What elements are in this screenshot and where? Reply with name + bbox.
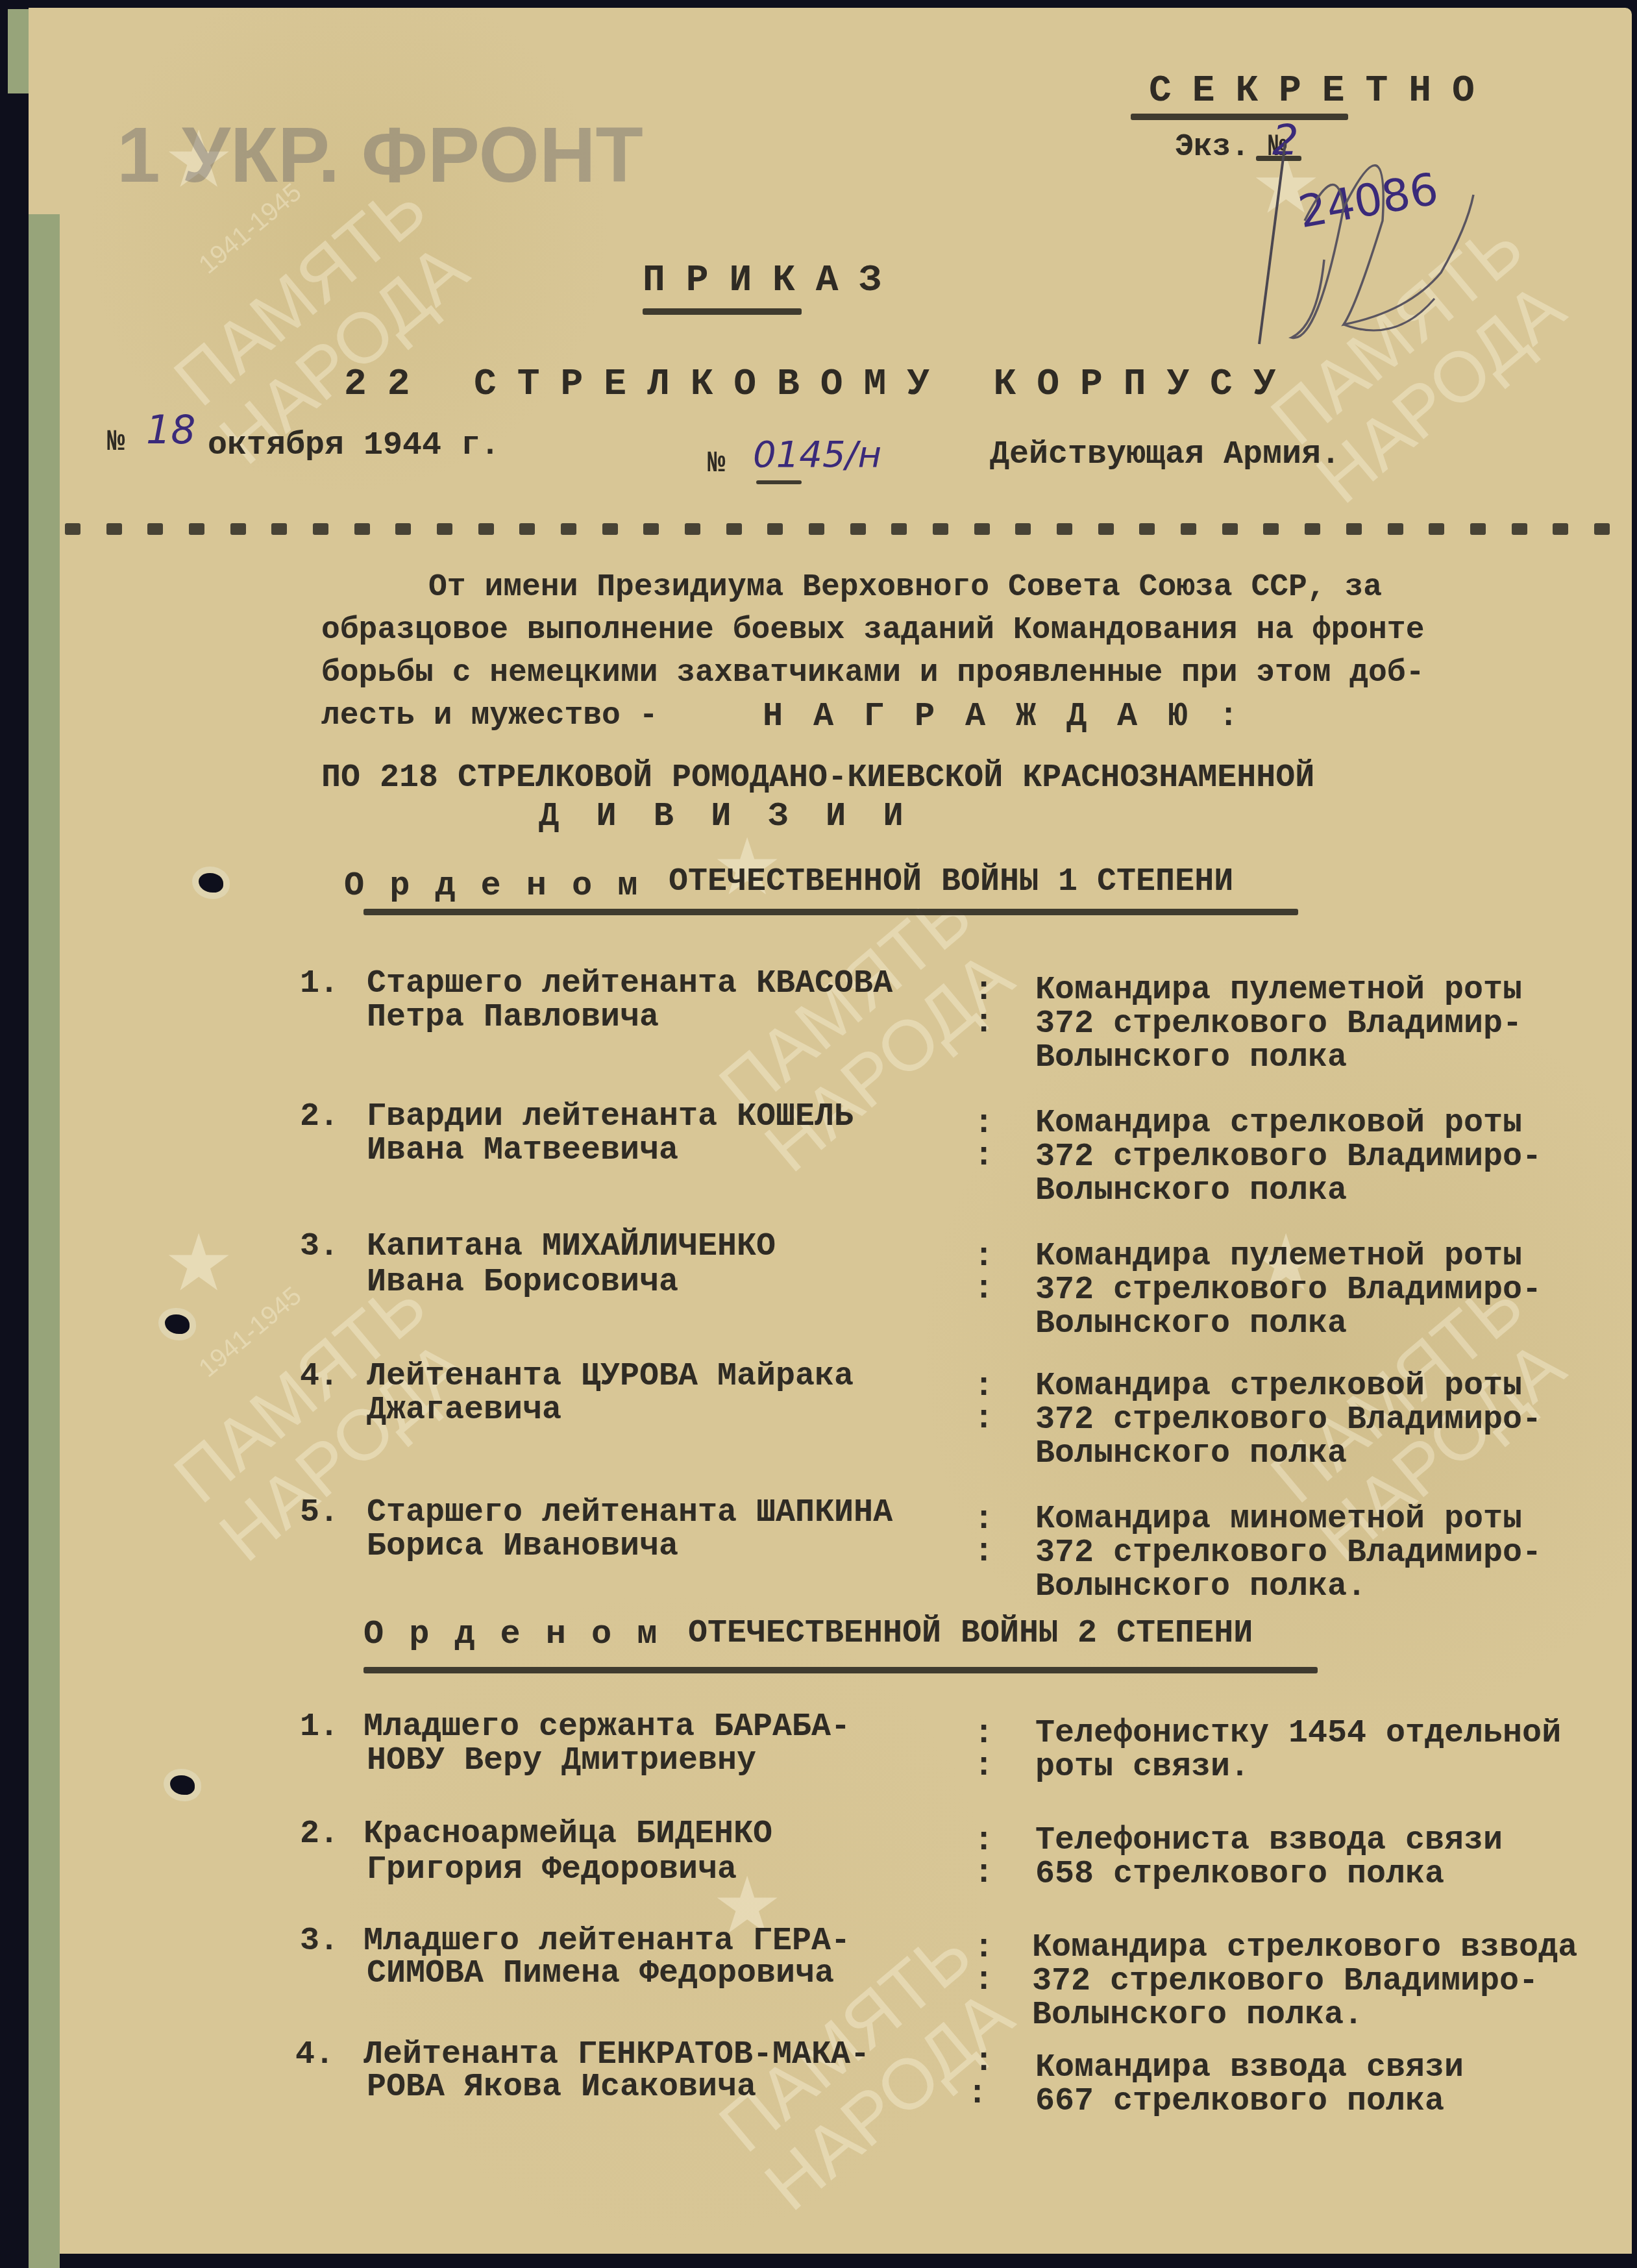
recipient-role-line-2: 372 стрелкового Владимиро- (1035, 1403, 1542, 1437)
recipient-role-line-3: Волынского полка. (1032, 1999, 1363, 2032)
section-2-order-name: ОТЕЧЕСТВЕННОЙ ВОЙНЫ 2 СТЕПЕНИ (688, 1615, 1253, 1652)
separator-colon: : (974, 1139, 994, 1173)
recipient-role-line-3: Волынского полка. (1035, 1570, 1366, 1604)
preamble-line-3: борьбы с немецкими захватчиками и проявл… (321, 652, 1424, 695)
recipient-role-line-2: 372 стрелкового Владимиро- (1032, 1965, 1538, 1999)
recipient-role-line-1: Командира пулеметной роты (1035, 1240, 1522, 1274)
recipient-name-line-2: Григория Федоровича (367, 1853, 737, 1887)
entry-number: 1. (300, 967, 339, 1001)
recipient-name-line-2: Ивана Борисовича (367, 1266, 678, 1300)
entry-number: 4. (300, 1360, 339, 1394)
date-text: октября 1944 г. (208, 427, 500, 464)
separator-colon: : (974, 1964, 994, 1997)
separator-colon: : (974, 1370, 994, 1403)
recipient-role-line-3: Волынского полка (1035, 1307, 1347, 1341)
entry-number: 2. (300, 1100, 339, 1134)
recipient-role-line-2: 372 стрелкового Владимиро- (1035, 1274, 1542, 1307)
date-day: 18 (146, 408, 195, 453)
faded-front-stamp: 1 УКР. ФРОНТ (117, 110, 643, 200)
separator-colon: : (974, 1856, 994, 1890)
recipient-role-line-1: Телефонистку 1454 отдельной (1035, 1717, 1561, 1751)
separator-colon: : (974, 1931, 994, 1965)
number-prefix: № (708, 447, 726, 480)
award-word: НАГРАЖДАЮ: (763, 697, 1269, 735)
recipient-name-line-1: Лейтенанта ГЕНКРАТОВ-МАКА- (363, 2038, 870, 2072)
binding-tape (29, 214, 60, 2268)
recipient-name-line-2: НОВУ Веру Дмитриевну (367, 1744, 756, 1778)
entry-number: 2. (300, 1818, 339, 1851)
separator-colon: : (974, 1535, 994, 1569)
entry-number: 3. (300, 1925, 339, 1958)
recipient-name-line-2: Ивана Матвеевича (367, 1134, 678, 1168)
recipient-name-line-1: Красноармейца БИДЕНКО (363, 1818, 772, 1851)
separator-colon: : (974, 974, 994, 1007)
separator-colon: : (974, 1240, 994, 1274)
recipient-role-line-1: Командира стрелкового взвода (1032, 1931, 1577, 1965)
section-2-underline (363, 1667, 1318, 1673)
recipient-name-line-1: Гвардии лейтенанта КОШЕЛЬ (367, 1100, 854, 1134)
separator-colon: : (967, 2077, 987, 2111)
recipient-role-line-2: 372 стрелкового Владимиро- (1035, 1536, 1542, 1570)
recipient-role-line-3: Волынского полка (1035, 1437, 1347, 1471)
location: Действующая Армия. (990, 436, 1340, 473)
section-1-order-word: Орденом (344, 867, 663, 905)
separator-colon: : (974, 1749, 994, 1783)
separator-colon: : (974, 1824, 994, 1858)
separator-colon: : (974, 1107, 994, 1140)
recipient-role-line-1: Телефониста взвода связи (1035, 1824, 1503, 1858)
preamble-line-2: образцовое выполнение боевых заданий Ком… (321, 609, 1424, 652)
division-line-2: ДИВИЗИИ (539, 797, 941, 835)
recipient-role-line-1: Командира взвода связи (1035, 2051, 1464, 2085)
recipient-name-line-2: СИМОВА Пимена Федоровича (367, 1957, 834, 1991)
signature-scribble (1246, 130, 1519, 351)
watermark-star-icon: ★ (166, 1207, 232, 1318)
section-1-order-name: ОТЕЧЕСТВЕННОЙ ВОЙНЫ 1 СТЕПЕНИ (669, 863, 1233, 900)
recipient-name-line-2: Петра Павловича (367, 1001, 659, 1035)
preamble-line-4: лесть и мужество - (321, 695, 658, 737)
division-line-1: ПО 218 СТРЕЛКОВОЙ РОМОДАНО-КИЕВСКОЙ КРАС… (321, 759, 1314, 796)
entry-number: 3. (300, 1230, 339, 1264)
entry-number: 4. (295, 2038, 334, 2072)
order-number-underline (756, 480, 802, 484)
recipient-role-line-2: 658 стрелкового полка (1035, 1858, 1444, 1892)
recipient-role-line-1: Командира минометной роты (1035, 1503, 1522, 1536)
classification-label: СЕКРЕТНО (1149, 70, 1495, 112)
recipient-role-line-2: 372 стрелкового Владимир- (1035, 1007, 1522, 1041)
recipient-name-line-1: Старшего лейтенанта КВАСОВА (367, 967, 892, 1001)
recipient-role-line-3: Волынского полка (1035, 1041, 1347, 1075)
section-1-underline (363, 909, 1298, 915)
title-underline (643, 308, 802, 315)
section-2-order-word: Орденом (363, 1615, 682, 1653)
addressee: 22 СТРЕЛКОВОМУ КОРПУСУ (344, 364, 1297, 406)
order-number: 0145/н (753, 434, 881, 476)
separator-colon: : (974, 1006, 994, 1040)
doc-title: ПРИКАЗ (643, 260, 902, 302)
entry-number: 1. (300, 1710, 339, 1744)
recipient-role-line-1: Командира пулеметной роты (1035, 974, 1522, 1007)
scan-background (0, 0, 32, 2268)
recipient-role-line-1: Командира стрелковой роты (1035, 1370, 1522, 1403)
dashed-separator (65, 523, 1610, 535)
preamble-line-1: От имени Президиума Верховного Совета Со… (428, 566, 1382, 609)
entry-number: 5. (300, 1496, 339, 1530)
recipient-name-line-2: РОВА Якова Исаковича (367, 2071, 756, 2104)
date-prefix: № (107, 425, 125, 459)
recipient-role-line-2: 372 стрелкового Владимиро- (1035, 1140, 1542, 1174)
recipient-name-line-2: Бориса Ивановича (367, 1530, 678, 1564)
recipient-role-line-2: роты связи. (1035, 1751, 1249, 1784)
separator-colon: : (974, 1402, 994, 1436)
recipient-name-line-1: Младшего сержанта БАРАБА- (363, 1710, 850, 1744)
separator-colon: : (974, 2045, 994, 2078)
recipient-name-line-1: Старшего лейтенанта ШАПКИНА (367, 1496, 892, 1530)
classification-underline (1131, 114, 1348, 120)
separator-colon: : (974, 1272, 994, 1306)
recipient-name-line-2: Джагаевича (367, 1394, 561, 1427)
recipient-role-line-1: Командира стрелковой роты (1035, 1107, 1522, 1140)
recipient-name-line-1: Лейтенанта ЦУРОВА Майрака (367, 1360, 854, 1394)
separator-colon: : (974, 1503, 994, 1536)
recipient-role-line-2: 667 стрелкового полка (1035, 2085, 1444, 2119)
separator-colon: : (974, 1717, 994, 1751)
recipient-name-line-1: Капитана МИХАЙЛИЧЕНКО (367, 1230, 776, 1264)
recipient-role-line-3: Волынского полка (1035, 1174, 1347, 1208)
recipient-name-line-1: Младшего лейтенанта ГЕРА- (363, 1925, 850, 1958)
